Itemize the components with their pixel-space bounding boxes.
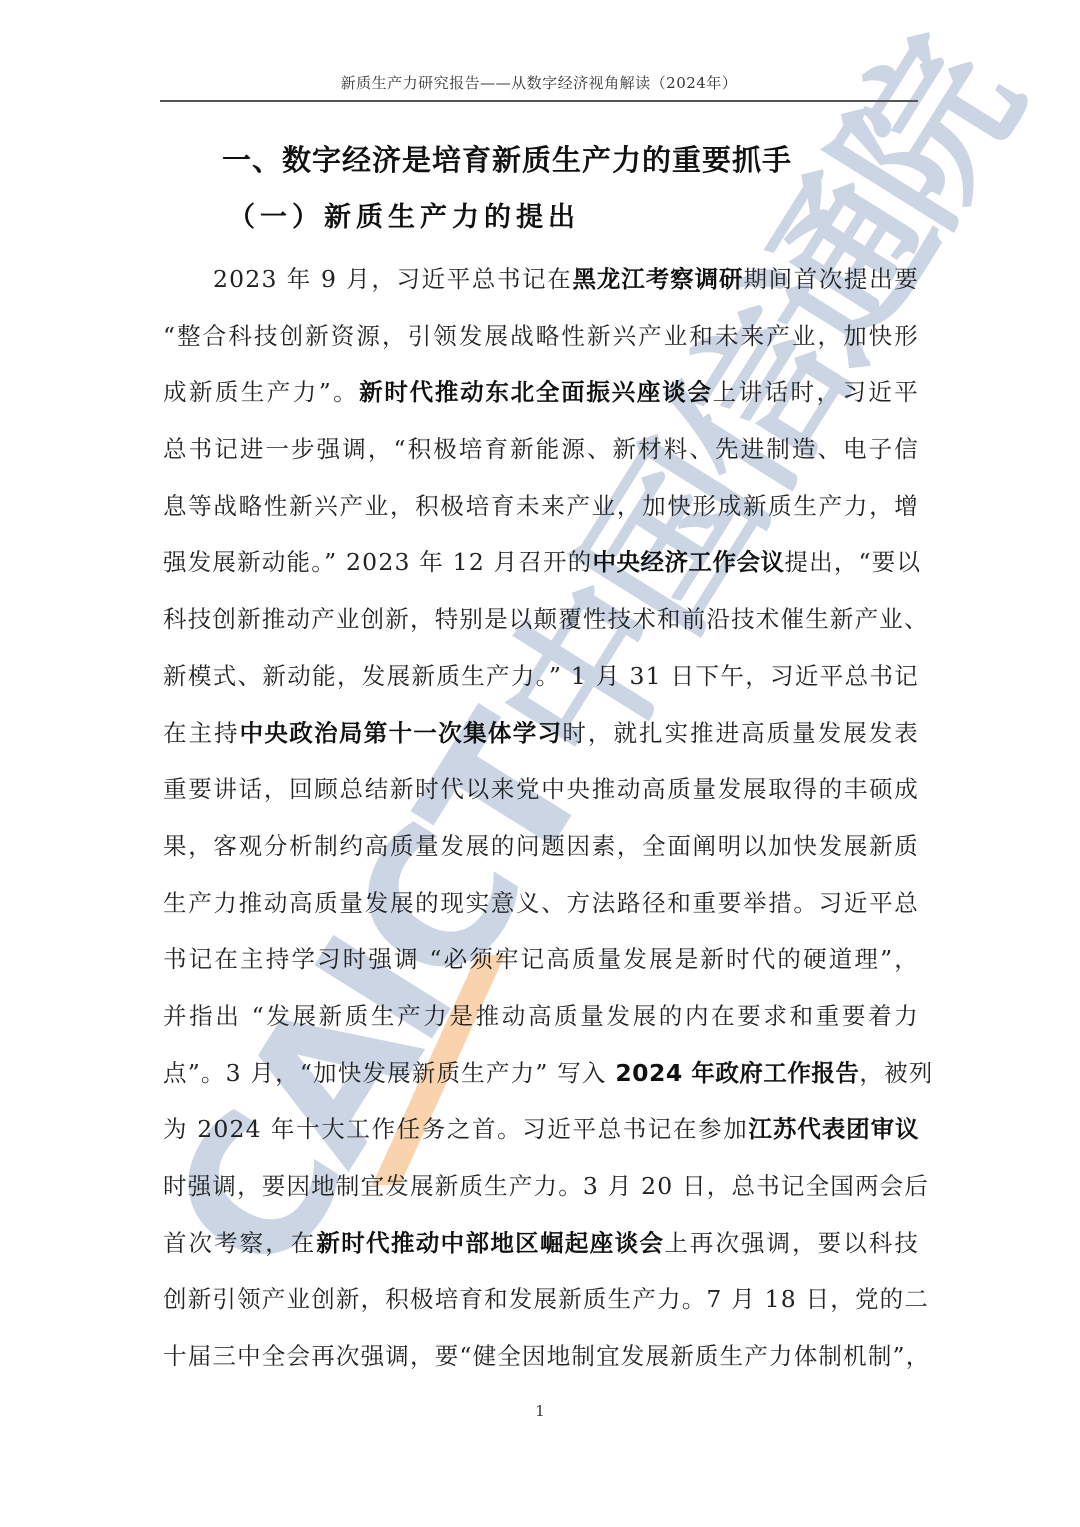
text-line: 十届三中全会再次强调，要“健全因地制宜发展新质生产力体制机制”， [163,1332,919,1389]
text-span: 首次考察，在 [163,1229,316,1257]
text-line: 总书记进一步强调，“积极培育新能源、新材料、先进制造、电子信 [163,425,919,482]
text-line: “整合科技创新资源，引领发展战略性新兴产业和未来产业，加快形 [163,312,919,369]
text-span: 十届三中全会再次强调，要“健全因地制宜发展新质生产力体制机制”， [163,1342,930,1370]
text-line: 科技创新推动产业创新，特别是以颠覆性技术和前沿技术催生新产业、 [163,595,919,652]
text-line: 为 2024 年十大工作任务之首。习近平总书记在参加江苏代表团审议 [163,1105,919,1162]
text-span: 生产力推动高质量发展的现实意义、方法路径和重要举措。习近平总 [163,889,919,917]
text-line: 在主持中央政治局第十一次集体学习时，就扎实推进高质量发展发表 [163,709,919,766]
text-span: 并指出 “发展新质生产力是推动高质量发展的内在要求和重要着力 [163,1002,919,1030]
page-number: 1 [0,1402,1080,1420]
bold-term: 新时代推动中部地区崛起座谈会 [316,1229,664,1257]
text-span: 书记在主持学习时强调 “必须牢记高质量发展是新时代的硬道理”， [163,945,919,973]
text-span: 上再次强调，要以科技 [664,1229,919,1257]
text-span: 时强调，要因地制宜发展新质生产力。3 月 20 日，总书记全国两会后 [163,1172,929,1200]
text-line: 时强调，要因地制宜发展新质生产力。3 月 20 日，总书记全国两会后 [163,1162,919,1219]
bold-term: 中央政治局第十一次集体学习 [240,719,563,747]
text-span: 提出，“要以 [784,548,921,576]
bold-term: 江苏代表团审议 [748,1115,919,1143]
text-line: 果，客观分析制约高质量发展的问题因素，全面阐明以加快发展新质 [163,822,919,879]
text-line: 书记在主持学习时强调 “必须牢记高质量发展是新时代的硬道理”， [163,935,919,992]
text-line: 重要讲话，回顾总结新时代以来党中央推动高质量发展取得的丰硕成 [163,765,919,822]
text-span: 2023 年 9 月，习近平总书记在 [213,265,572,293]
text-span: 在主持 [163,719,240,747]
subsection-heading: （一）新质生产力的提出 [228,195,580,234]
text-span: 成新质生产力”。 [163,378,359,406]
text-line: 强发展新动能。” 2023 年 12 月召开的中央经济工作会议提出，“要以 [163,538,919,595]
bold-term: 黑龙江考察调研 [572,265,743,293]
text-line: 点”。3 月，“加快发展新质生产力” 写入 2024 年政府工作报告，被列 [163,1049,919,1106]
bold-term: 新时代推动东北全面振兴座谈会 [359,378,713,406]
text-span: 强发展新动能。” 2023 年 12 月召开的 [163,548,592,576]
text-line: 新模式、新动能，发展新质生产力。” 1 月 31 日下午，习近平总书记 [163,652,919,709]
text-line: 生产力推动高质量发展的现实意义、方法路径和重要举措。习近平总 [163,879,919,936]
text-span: ，被列 [859,1059,933,1087]
section-heading: 一、数字经济是培育新质生产力的重要抓手 [222,138,792,179]
body-paragraph: 2023 年 9 月，习近平总书记在黑龙江考察调研期间首次提出要“整合科技创新资… [163,255,919,1389]
text-span: 息等战略性新兴产业，积极培育未来产业，加快形成新质生产力，增 [163,492,919,520]
text-span: 科技创新推动产业创新，特别是以颠覆性技术和前沿技术催生新产业、 [163,605,929,633]
document-page: CAICT 中国信通院 新质生产力研究报告——从数字经济视角解读（2024年） … [0,0,1080,1527]
text-line: 首次考察，在新时代推动中部地区崛起座谈会上再次强调，要以科技 [163,1219,919,1276]
text-line: 2023 年 9 月，习近平总书记在黑龙江考察调研期间首次提出要 [163,255,919,312]
running-header: 新质生产力研究报告——从数字经济视角解读（2024年） [160,72,918,93]
text-span: 期间首次提出要 [743,265,919,293]
text-span: 点”。3 月，“加快发展新质生产力” 写入 [163,1059,615,1087]
text-line: 息等战略性新兴产业，积极培育未来产业，加快形成新质生产力，增 [163,482,919,539]
text-span: 时，就扎实推进高质量发展发表 [562,719,919,747]
bold-term: 2024 年政府工作报告 [615,1059,859,1087]
text-span: “整合科技创新资源，引领发展战略性新兴产业和未来产业，加快形 [163,322,919,350]
text-span: 新模式、新动能，发展新质生产力。” 1 月 31 日下午，习近平总书记 [163,662,919,690]
bold-term: 中央经济工作会议 [592,548,784,576]
text-span: 重要讲话，回顾总结新时代以来党中央推动高质量发展取得的丰硕成 [163,775,919,803]
text-span: 为 2024 年十大工作任务之首。习近平总书记在参加 [163,1115,748,1143]
text-line: 并指出 “发展新质生产力是推动高质量发展的内在要求和重要着力 [163,992,919,1049]
header-divider [160,100,918,102]
text-span: 上讲话时，习近平 [713,378,919,406]
text-line: 成新质生产力”。新时代推动东北全面振兴座谈会上讲话时，习近平 [163,368,919,425]
text-span: 果，客观分析制约高质量发展的问题因素，全面阐明以加快发展新质 [163,832,919,860]
text-span: 总书记进一步强调，“积极培育新能源、新材料、先进制造、电子信 [163,435,919,463]
text-span: 创新引领产业创新，积极培育和发展新质生产力。7 月 18 日，党的二 [163,1285,929,1313]
text-line: 创新引领产业创新，积极培育和发展新质生产力。7 月 18 日，党的二 [163,1275,919,1332]
